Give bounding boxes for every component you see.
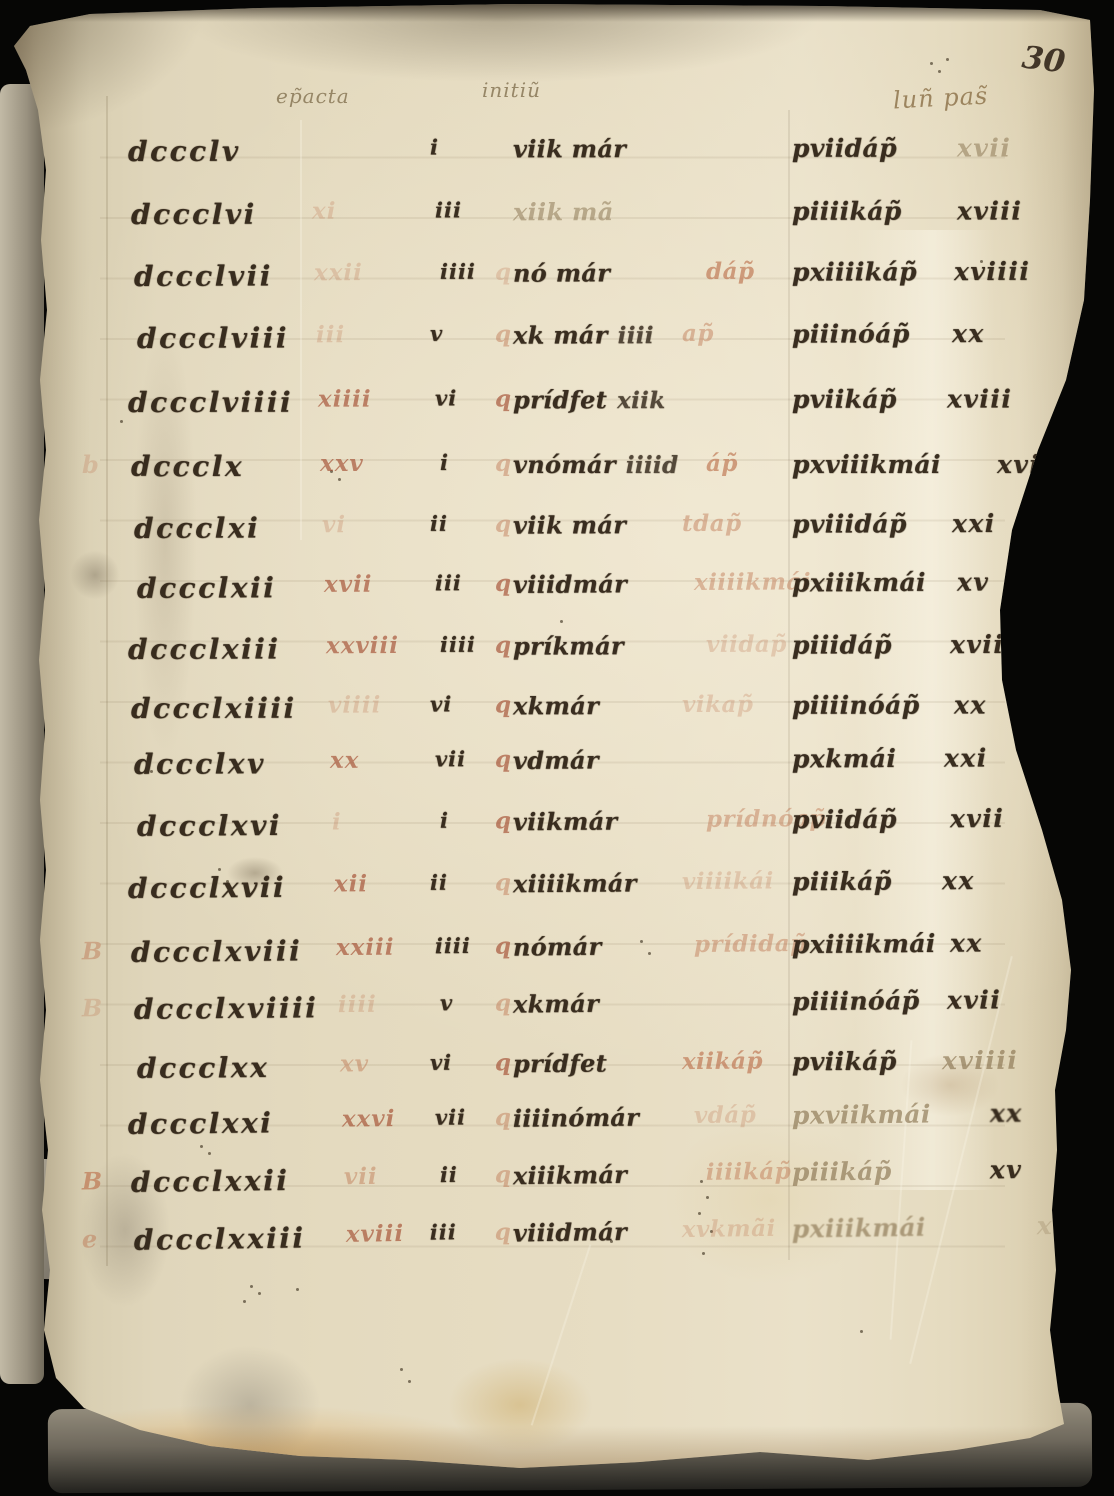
year-cell: dccclxiii: [128, 632, 281, 666]
table-row: dccclviiiiiivqxk máriiiiap̃piiinóáp̃xx: [0, 319, 1114, 369]
concurrent-cell: vii: [435, 746, 466, 771]
easter-date-cell: piiikáp̃: [792, 867, 892, 897]
easter-luna-cell: xv: [990, 1155, 1023, 1184]
easter-luna-cell: xvii: [947, 985, 1002, 1014]
year-cell: dccclxviiii: [134, 991, 319, 1026]
luna14-cell: xvkmãi: [682, 1215, 776, 1243]
epact-cell: xxviii: [326, 632, 399, 659]
luna14-cell: vdáp̃: [694, 1101, 757, 1129]
q-rubric: q: [495, 511, 511, 538]
easter-luna-cell: xviiii: [942, 1046, 1019, 1076]
top-edge-shadow: [0, 0, 1114, 22]
q-rubric: q: [495, 1161, 511, 1188]
column-header-luna-paschae: luñ pas̃: [892, 82, 989, 115]
easter-luna-cell: xxi: [952, 509, 996, 538]
easter-date-cell: piiiinóáp̃: [792, 691, 920, 720]
easter-date-cell: piiiikáp̃: [792, 197, 902, 226]
table-row: dccclxviiiqviikmárprídnóap̃pviidáp̃xvii: [0, 803, 1114, 857]
year-cell: dccclvii: [134, 259, 273, 292]
easter-luna-cell: xvii: [950, 804, 1005, 833]
initium-extra: iiiid: [626, 452, 679, 479]
concurrent-cell: v: [430, 321, 443, 346]
initium-cell: xk máriiii: [513, 320, 654, 349]
easter-date-cell: piiikáp̃: [792, 1157, 892, 1187]
luna14-cell: viidap̃: [706, 631, 787, 658]
epact-cell: xvii: [324, 571, 373, 598]
year-cell: dccclxx: [137, 1051, 269, 1085]
q-rubric: q: [495, 807, 511, 834]
initium-cell: xkmár: [513, 989, 599, 1019]
concurrent-cell: ii: [440, 1162, 458, 1187]
epact-cell: iii: [316, 321, 345, 348]
epact-cell: xv: [340, 1050, 369, 1077]
year-cell: dccclxxi: [128, 1106, 274, 1141]
concurrent-cell: ii: [430, 511, 448, 536]
q-rubric: q: [495, 1219, 511, 1246]
year-cell: dccclxi: [134, 512, 260, 545]
initium-cell: viikmár: [513, 807, 618, 837]
luna14-cell: dáp̃: [706, 258, 755, 285]
luna14-cell: tdap̃: [682, 510, 742, 537]
q-rubric: q: [495, 385, 511, 412]
table-row: dccclxvxxviiqvdmárpxkmáixxi: [0, 743, 1114, 795]
q-rubric: q: [495, 450, 511, 477]
easter-luna-cell: xx: [942, 866, 975, 895]
table-row: Bdccclxviiiiiiiivqxkmárpiiiinóáp̃xvii: [0, 984, 1114, 1040]
initium-cell: viik már: [513, 510, 626, 539]
epact-cell: vi: [322, 511, 346, 538]
luna14-cell: viiiikái: [682, 867, 774, 895]
table-row: dccclxiiiiviiiiviqxkmárvikap̃piiiinóáp̃x…: [0, 690, 1114, 738]
table-row: dccclxviixiiiiqxiiiikmárviiiikáipiiikáp̃…: [0, 865, 1114, 919]
year-cell: dccclv: [128, 135, 241, 168]
concurrent-cell: vii: [435, 1104, 466, 1129]
year-cell: dccclviiii: [128, 386, 293, 419]
initium-cell: vnómáriiiid: [513, 450, 678, 479]
year-cell: dccclxvi: [137, 809, 282, 843]
initium-cell: xiik mã: [513, 197, 614, 226]
concurrent-cell: iii: [435, 197, 462, 222]
easter-luna-cell: xviii: [997, 450, 1062, 479]
concurrent-cell: vi: [435, 385, 457, 410]
easter-date-cell: pxiiikmái: [792, 568, 926, 598]
epact-cell: xxii: [314, 259, 363, 286]
initium-cell: prídfet: [513, 1049, 607, 1079]
margin-letter: b: [82, 450, 99, 479]
easter-date-cell: pviiidáp̃: [792, 509, 907, 538]
easter-date-cell: pviikáp̃: [792, 385, 897, 414]
q-rubric: q: [495, 691, 511, 718]
easter-luna-cell: xvii: [957, 133, 1011, 162]
easter-date-cell: pviidáp̃: [792, 134, 897, 163]
q-rubric: q: [495, 1049, 511, 1076]
easter-luna-cell: xx: [950, 928, 983, 957]
easter-luna-cell: xx: [954, 690, 987, 719]
table-row: dccclxiiixxviiiiiiiqpríkmárviidap̃piiidá…: [0, 630, 1114, 680]
page-stain: [420, 1340, 620, 1470]
initium-cell: viiidmár: [513, 1217, 627, 1248]
easter-date-cell: pxkmái: [792, 744, 896, 774]
concurrent-cell: iii: [430, 1219, 457, 1244]
concurrent-cell: iii: [435, 570, 462, 595]
epact-cell: xi: [312, 198, 337, 225]
table-row: dccclxiixviiiiiqviiidmárxiiiikmáipxiiikm…: [0, 567, 1114, 619]
year-cell: dccclxxii: [131, 1164, 290, 1199]
easter-luna-cell: xviii: [957, 196, 1022, 225]
epact-cell: xxiii: [336, 934, 395, 962]
concurrent-cell: iiii: [440, 632, 476, 657]
easter-date-cell: pxiiiikáp̃: [792, 257, 917, 286]
easter-luna-cell: xv: [957, 567, 990, 596]
initium-cell: viiidmár: [513, 569, 627, 599]
margin-letter: e: [82, 1224, 98, 1253]
easter-date-cell: pxviiikmái: [792, 450, 941, 479]
margin-letter: B: [82, 1166, 103, 1195]
luna14-cell: áp̃: [706, 450, 738, 477]
epact-cell: xviii: [346, 1220, 405, 1248]
folio-number: 30: [1020, 40, 1067, 81]
year-cell: dccclxv: [134, 747, 266, 781]
easter-date-cell: pxviikmái: [792, 1100, 931, 1130]
q-rubric: q: [495, 321, 511, 348]
q-rubric: q: [495, 570, 511, 597]
concurrent-cell: v: [440, 990, 453, 1015]
concurrent-cell: vi: [430, 1050, 452, 1075]
epact-cell: xii: [334, 870, 368, 897]
initium-cell: príkmár: [513, 631, 624, 660]
manuscript-page: ep̃acta initiũ luñ pas̃ 30 dccclviviik m…: [0, 0, 1114, 1496]
initium-cell: vdmár: [513, 745, 599, 774]
initium-cell: iiiinómár: [513, 1103, 640, 1133]
q-rubric: q: [495, 259, 511, 286]
concurrent-cell: iiii: [440, 259, 476, 284]
concurrent-cell: iiii: [435, 933, 471, 958]
easter-luna-cell: xx: [952, 319, 985, 348]
year-cell: dccclx: [131, 450, 244, 483]
initium-cell: xiiikmár: [513, 1160, 628, 1190]
year-cell: dccclxii: [137, 571, 276, 605]
year-cell: dccclvi: [131, 198, 257, 231]
luna14-cell: vikap̃: [682, 691, 754, 718]
table-row: dccclviixxiiiiiiqnó márdáp̃pxiiiikáp̃xvi…: [0, 257, 1114, 307]
epact-cell: xx: [330, 747, 360, 774]
initium-cell: nó már: [513, 258, 610, 287]
year-cell: dccclviii: [137, 321, 289, 355]
easter-date-cell: piiinóáp̃: [792, 319, 910, 348]
spine-guard-strip: [0, 84, 44, 1384]
epact-cell: viiii: [328, 692, 381, 719]
easter-luna-cell: xviii: [950, 630, 1016, 659]
epact-cell: xiiii: [318, 386, 372, 413]
q-rubric: q: [495, 632, 511, 659]
year-cell: dccclxiiii: [131, 692, 297, 725]
luna14-cell: prídidap̃: [694, 930, 807, 958]
q-rubric: q: [495, 746, 511, 773]
epact-cell: vii: [344, 1163, 378, 1190]
table-row: dccclviviik márpviidáp̃xvii: [0, 133, 1114, 181]
initium-cell: xiiiikmár: [513, 868, 637, 898]
table-row: dccclxxxvviqprídfetxiikáp̃pviikáp̃xviiii: [0, 1045, 1114, 1099]
concurrent-cell: vi: [430, 691, 452, 716]
easter-luna-cell: xx: [990, 1099, 1023, 1128]
initium-extra: iiii: [618, 322, 654, 349]
q-rubric: q: [495, 1104, 511, 1131]
table-row: dccclxxixxviviiqiiiinómárvdáp̃pxviikmáix…: [0, 1098, 1114, 1156]
easter-luna-cell: xviii: [947, 384, 1012, 413]
table-row: dccclvixiiiixiik mãpiiiikáp̃xviii: [0, 196, 1114, 244]
luna14-cell: xiikáp̃: [682, 1048, 763, 1076]
epact-cell: i: [332, 808, 342, 835]
concurrent-cell: i: [440, 450, 449, 475]
easter-date-cell: pxiiiikmái: [792, 929, 936, 959]
year-cell: dccclxxiii: [134, 1221, 306, 1256]
year-cell: dccclxvii: [128, 871, 286, 905]
table-row: dccclviiiixiiiiviqprídfetxiikpviikáp̃xvi…: [0, 384, 1114, 432]
column-header-initium: initiũ: [482, 78, 541, 102]
concurrent-cell: ii: [430, 870, 448, 895]
epact-cell: iiii: [338, 991, 377, 1018]
easter-luna-cell: xviiii: [954, 257, 1031, 286]
initium-cell: prídfetxiik: [513, 385, 665, 414]
q-rubric: q: [495, 933, 511, 960]
easter-date-cell: pviikáp̃: [792, 1047, 897, 1077]
concurrent-cell: i: [430, 134, 439, 159]
initium-extra: xiik: [617, 387, 665, 414]
column-header-epact: ep̃acta: [276, 84, 350, 108]
initium-cell: xkmár: [513, 691, 599, 720]
manuscript-photo: ep̃acta initiũ luñ pas̃ 30 dccclviviik m…: [0, 0, 1114, 1496]
easter-date-cell: pviidáp̃: [792, 805, 897, 835]
initium-cell: nómár: [513, 932, 602, 962]
q-rubric: q: [495, 869, 511, 896]
year-cell: dccclxviii: [131, 934, 303, 968]
margin-letter: B: [82, 936, 103, 965]
initium-cell: viik már: [513, 134, 626, 163]
table-row: bdccclxxxviqvnómáriiiidáp̃pxviiikmáixvii…: [0, 450, 1114, 496]
q-rubric: q: [495, 990, 511, 1017]
epact-cell: xxvi: [342, 1105, 396, 1133]
luna14-cell: ap̃: [682, 320, 714, 347]
table-row: dccclxiviiiqviik mártdap̃pviiidáp̃xxi: [0, 509, 1114, 559]
easter-date-cell: piiiinóáp̃: [792, 986, 920, 1016]
easter-date-cell: piiidáp̃: [792, 630, 892, 659]
easter-date-cell: pxiiikmái: [792, 1213, 926, 1244]
margin-letter: B: [82, 993, 103, 1022]
epact-cell: xxv: [320, 450, 364, 477]
luna14-cell: iiiikáp̃: [706, 1158, 792, 1186]
easter-luna-cell: xxi: [944, 743, 988, 772]
easter-luna-cell: xvi: [1037, 1211, 1081, 1241]
table-row: Bdccclxviiixxiiiiiiiqnómárprídidap̃pxiii…: [0, 927, 1114, 983]
concurrent-cell: i: [440, 808, 449, 833]
